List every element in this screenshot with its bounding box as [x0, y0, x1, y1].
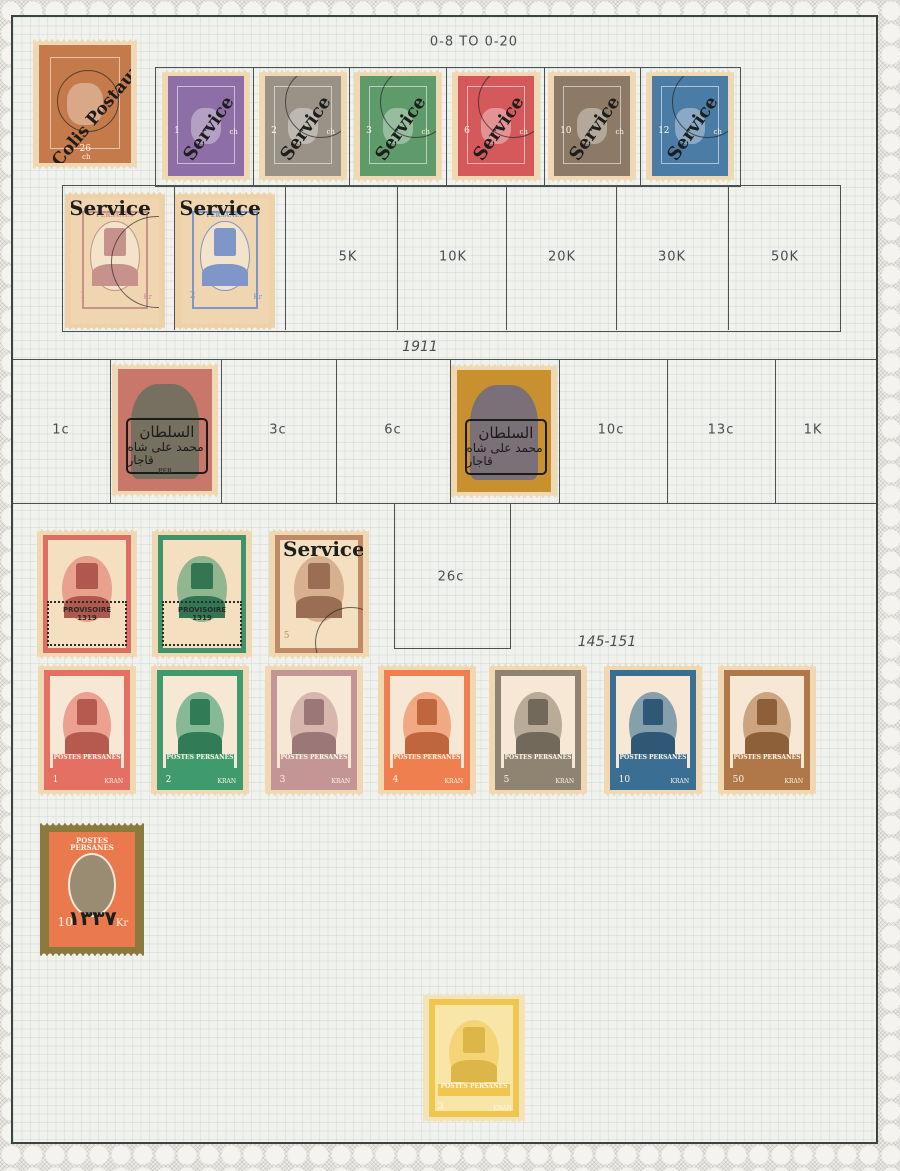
- lion-emblem: [67, 83, 104, 126]
- stamp-145-151-3kran[interactable]: POSTES PERSANES3KRAN: [265, 664, 363, 796]
- stamp-unit: ch: [713, 128, 721, 136]
- portrait-head: [308, 563, 329, 589]
- row3-top-line: [13, 359, 876, 360]
- stamp-design: POSTES PERSANES5KRAN: [495, 670, 581, 790]
- portrait-shoulders: [202, 264, 248, 287]
- stamp-unit: KRAN: [332, 778, 351, 785]
- portrait-head: [757, 699, 778, 725]
- stamp-value: 3: [280, 775, 286, 785]
- stamp-banner: PER: [127, 469, 202, 481]
- row3-divider: [336, 359, 337, 503]
- portrait-head: [191, 563, 212, 589]
- stamp-145-151-4kran[interactable]: POSTES PERSANES4KRAN: [378, 664, 476, 796]
- row3-divider: [775, 359, 776, 503]
- row2-divider: [397, 185, 398, 330]
- space-label-10k: 10K: [439, 250, 467, 265]
- stamp-row4-2[interactable]: PROVISOIRE1319: [152, 529, 252, 659]
- stamp-145-151-1kran[interactable]: POSTES PERSANES1KRAN: [38, 664, 136, 796]
- stamp-design: 12chService: [652, 76, 728, 176]
- provisoire-overprint: PROVISOIRE1319: [162, 601, 243, 646]
- stamp-row4-5[interactable]: 5Service: [269, 529, 369, 659]
- stamp-design: 5Service: [275, 535, 363, 653]
- stamp-design: POSTES PERSANES10Kr۱۳۳۷: [46, 829, 138, 950]
- space-label-1c: 1c: [52, 423, 69, 438]
- stamp-value: 2: [166, 775, 172, 785]
- stamp-value: 6: [464, 126, 470, 136]
- lion-emblem: [675, 108, 705, 144]
- portrait-shoulders: [65, 732, 110, 754]
- stamp-banner: POSTES PERSANES: [393, 754, 462, 768]
- stamp-design: 6chService: [458, 76, 534, 176]
- stamp-1911-overprint-1[interactable]: السلطانمحمد علی شاه قاجارPER: [112, 363, 218, 497]
- overprint-line-2: محمد علی شاه قاجار: [467, 442, 546, 468]
- stamp-banner: POSTES PERSANES: [733, 754, 802, 768]
- space-label-3c: 3c: [269, 423, 286, 438]
- stamp-value: 3: [438, 1102, 444, 1112]
- stamp-unit: ch: [519, 128, 527, 136]
- stamp-design: 2chService: [265, 76, 341, 176]
- stamp-value: 1: [53, 775, 59, 785]
- portrait-shoulders: [516, 732, 561, 754]
- stamp-row4-1[interactable]: PROVISOIRE1319: [37, 529, 137, 659]
- lion-emblem: [577, 108, 607, 144]
- space-label-20k: 20K: [548, 250, 576, 265]
- stamp-value: 50: [733, 775, 744, 785]
- stamp-design: POSTES PERSANES2KRAN: [157, 670, 243, 790]
- stamp-value: 5: [284, 631, 290, 641]
- stamp-value: 4: [393, 775, 399, 785]
- stamp-1911-overprint-4[interactable]: السلطانمحمد علی شاه قاجار: [451, 364, 557, 498]
- stamp-service-2kr[interactable]: PERSANES2KrService: [175, 192, 275, 330]
- portrait-head: [214, 228, 235, 256]
- stamp-unit: KRAN: [218, 778, 237, 785]
- space-label-13c: 13c: [708, 423, 735, 438]
- stamp-unit: Kr: [143, 293, 152, 301]
- row1-divider: [253, 67, 254, 185]
- stamp-value: 12: [658, 126, 669, 136]
- row3-divider: [559, 359, 560, 503]
- stamp-design: PERSANES2KrService: [181, 198, 269, 324]
- stamp-value: 10: [560, 126, 571, 136]
- stamp-value: 5: [504, 775, 510, 785]
- row1-divider: [640, 67, 641, 185]
- space-label-26c: 26c: [438, 570, 465, 585]
- row3-divider: [667, 359, 668, 503]
- stamp-yellow-3kran[interactable]: POSTES PERSANES3KRAN: [423, 993, 525, 1123]
- row2-divider: [506, 185, 507, 330]
- stamp-service-12ch[interactable]: 12chService: [646, 70, 734, 182]
- row2-divider: [728, 185, 729, 330]
- heading-range-145-151: 145-151: [578, 634, 637, 650]
- stamp-unit: ch: [229, 128, 237, 136]
- stamp-design: 3chService: [360, 76, 436, 176]
- stamp-colis-postaux[interactable]: 26chColis Postaux: [33, 39, 137, 169]
- stamp-design: السلطانمحمد علی شاه قاجارPER: [118, 369, 212, 491]
- stamp-value: 1: [174, 126, 180, 136]
- stamp-unit: ch: [326, 128, 334, 136]
- stamp-design: POSTES PERSANES4KRAN: [384, 670, 470, 790]
- stamp-banner: POSTES PERSANES: [166, 754, 235, 768]
- stamp-service-2ch[interactable]: 2chService: [259, 70, 347, 182]
- stamp-unit: ch: [421, 128, 429, 136]
- provisoire-overprint: PROVISOIRE1319: [47, 601, 128, 646]
- space-label-50k: 50K: [771, 250, 799, 265]
- row2-divider: [285, 185, 286, 330]
- stamp-unit: Kr: [116, 918, 128, 929]
- lion-emblem: [288, 108, 318, 144]
- stamp-design: POSTES PERSANES50KRAN: [724, 670, 810, 790]
- portrait-head: [304, 699, 325, 725]
- stamp-value: 2: [271, 126, 277, 136]
- heading-range-top: 0-8 TO 0-20: [430, 35, 518, 50]
- lion-emblem: [383, 108, 413, 144]
- stamp-design: 26chColis Postaux: [39, 45, 131, 163]
- coat-of-arms-emblem: [68, 853, 116, 917]
- row1-divider: [544, 67, 545, 185]
- stamp-banner: POSTES PERSANES: [619, 754, 688, 768]
- row2-divider: [616, 185, 617, 330]
- portrait-shoulders: [296, 596, 342, 617]
- portrait-head: [463, 1027, 485, 1053]
- stamp-design: 10chService: [554, 76, 630, 176]
- space-label-6c: 6c: [384, 423, 401, 438]
- stamp-service-6ch[interactable]: 6chService: [452, 70, 540, 182]
- handstamp-overprint: السلطانمحمد علی شاه قاجار: [126, 418, 209, 474]
- stamp-design: POSTES PERSANES3KRAN: [429, 999, 519, 1117]
- portrait-shoulders: [745, 732, 790, 754]
- stamp-unit: ch: [615, 128, 623, 136]
- stamp-design: POSTES PERSANES3KRAN: [271, 670, 357, 790]
- stamp-145-151-5kran[interactable]: POSTES PERSANES5KRAN: [489, 664, 587, 796]
- stamp-design: PERSANES1KrService: [71, 198, 159, 324]
- stamp-unit: KRAN: [785, 778, 804, 785]
- stamp-design: 1chService: [168, 76, 244, 176]
- stamp-service-1kr[interactable]: PERSANES1KrService: [65, 192, 165, 330]
- portrait-shoulders: [292, 732, 337, 754]
- stamp-unit: KRAN: [493, 1105, 512, 1112]
- stamp-unit: ch: [82, 153, 90, 161]
- stamp-value: 10: [619, 775, 630, 785]
- portrait-head: [77, 699, 98, 725]
- portrait-head: [190, 699, 211, 725]
- portrait-shoulders: [405, 732, 450, 754]
- stamp-145-151-10kran[interactable]: POSTES PERSANES10KRAN: [604, 664, 702, 796]
- portrait-shoulders: [92, 264, 138, 287]
- overprint-line-1: السلطان: [139, 424, 194, 441]
- space-label-10c: 10c: [598, 423, 625, 438]
- stamp-value: 3: [366, 126, 372, 136]
- row1-divider: [349, 67, 350, 185]
- portrait-head: [104, 228, 125, 256]
- stamp-unit: Kr: [253, 293, 262, 301]
- overprint-word: PROVISOIRE: [178, 606, 226, 614]
- stamp-service-3ch[interactable]: 3chService: [354, 70, 442, 182]
- stamp-banner: PERSANES: [80, 213, 150, 226]
- stamp-service-1ch[interactable]: 1chService: [162, 70, 250, 182]
- overprint-year: 1319: [192, 614, 211, 622]
- portrait-head: [76, 563, 97, 589]
- stamp-value: 2: [190, 291, 196, 301]
- stamp-banner: POSTES PERSANES: [438, 1084, 510, 1096]
- stamp-design: PROVISOIRE1319: [43, 535, 131, 653]
- row3-divider: [221, 359, 222, 503]
- stamp-banner: POSTES PERSANES: [504, 754, 573, 768]
- portrait-shoulders: [178, 732, 223, 754]
- stamp-coat-of-arms-10kr[interactable]: POSTES PERSANES10Kr۱۳۳۷: [40, 823, 144, 956]
- stamp-value: 10: [58, 915, 73, 929]
- overprint-year: 1319: [77, 614, 96, 622]
- space-label-30k: 30K: [658, 250, 686, 265]
- portrait-shoulders: [451, 1060, 498, 1081]
- stamp-unit: KRAN: [105, 778, 124, 785]
- stamp-design: POSTES PERSANES1KRAN: [44, 670, 130, 790]
- overprint-line-2: محمد علی شاه قاجار: [128, 441, 207, 467]
- stamp-value: 1: [80, 291, 86, 301]
- stamp-banner: PERSANES: [190, 213, 260, 226]
- handstamp-overprint: السلطانمحمد علی شاه قاجار: [465, 419, 548, 475]
- row1-divider: [446, 67, 447, 185]
- stamp-design: PROVISOIRE1319: [158, 535, 246, 653]
- stamp-unit: KRAN: [445, 778, 464, 785]
- stamp-banner: POSTES PERSANES: [53, 754, 122, 768]
- portrait-shoulders: [631, 732, 676, 754]
- stamp-service-10ch[interactable]: 10chService: [548, 70, 636, 182]
- album-page: 0-8 TO 0-20 1911 145-151 5K 10K 20K 30K …: [11, 15, 878, 1144]
- stamp-145-151-50kran[interactable]: POSTES PERSANES50KRAN: [718, 664, 816, 796]
- stamp-unit: KRAN: [556, 778, 575, 785]
- stamp-design: POSTES PERSANES10KRAN: [610, 670, 696, 790]
- portrait-head: [417, 699, 438, 725]
- overprint-word: PROVISOIRE: [63, 606, 111, 614]
- space-label-5k: 5K: [339, 250, 358, 265]
- stamp-banner: POSTES PERSANES: [280, 754, 349, 768]
- overprint-line-1: السلطان: [478, 425, 533, 442]
- lion-emblem: [481, 108, 511, 144]
- space-label-1k: 1K: [804, 423, 823, 438]
- stamp-top-text: POSTES PERSANES: [58, 837, 127, 849]
- heading-year-1911: 1911: [402, 339, 438, 355]
- stamp-145-151-2kran[interactable]: POSTES PERSANES2KRAN: [151, 664, 249, 796]
- portrait-head: [528, 699, 549, 725]
- stamp-unit: KRAN: [671, 778, 690, 785]
- lion-emblem: [191, 108, 221, 144]
- portrait-head: [643, 699, 664, 725]
- stamp-design: السلطانمحمد علی شاه قاجار: [457, 370, 551, 492]
